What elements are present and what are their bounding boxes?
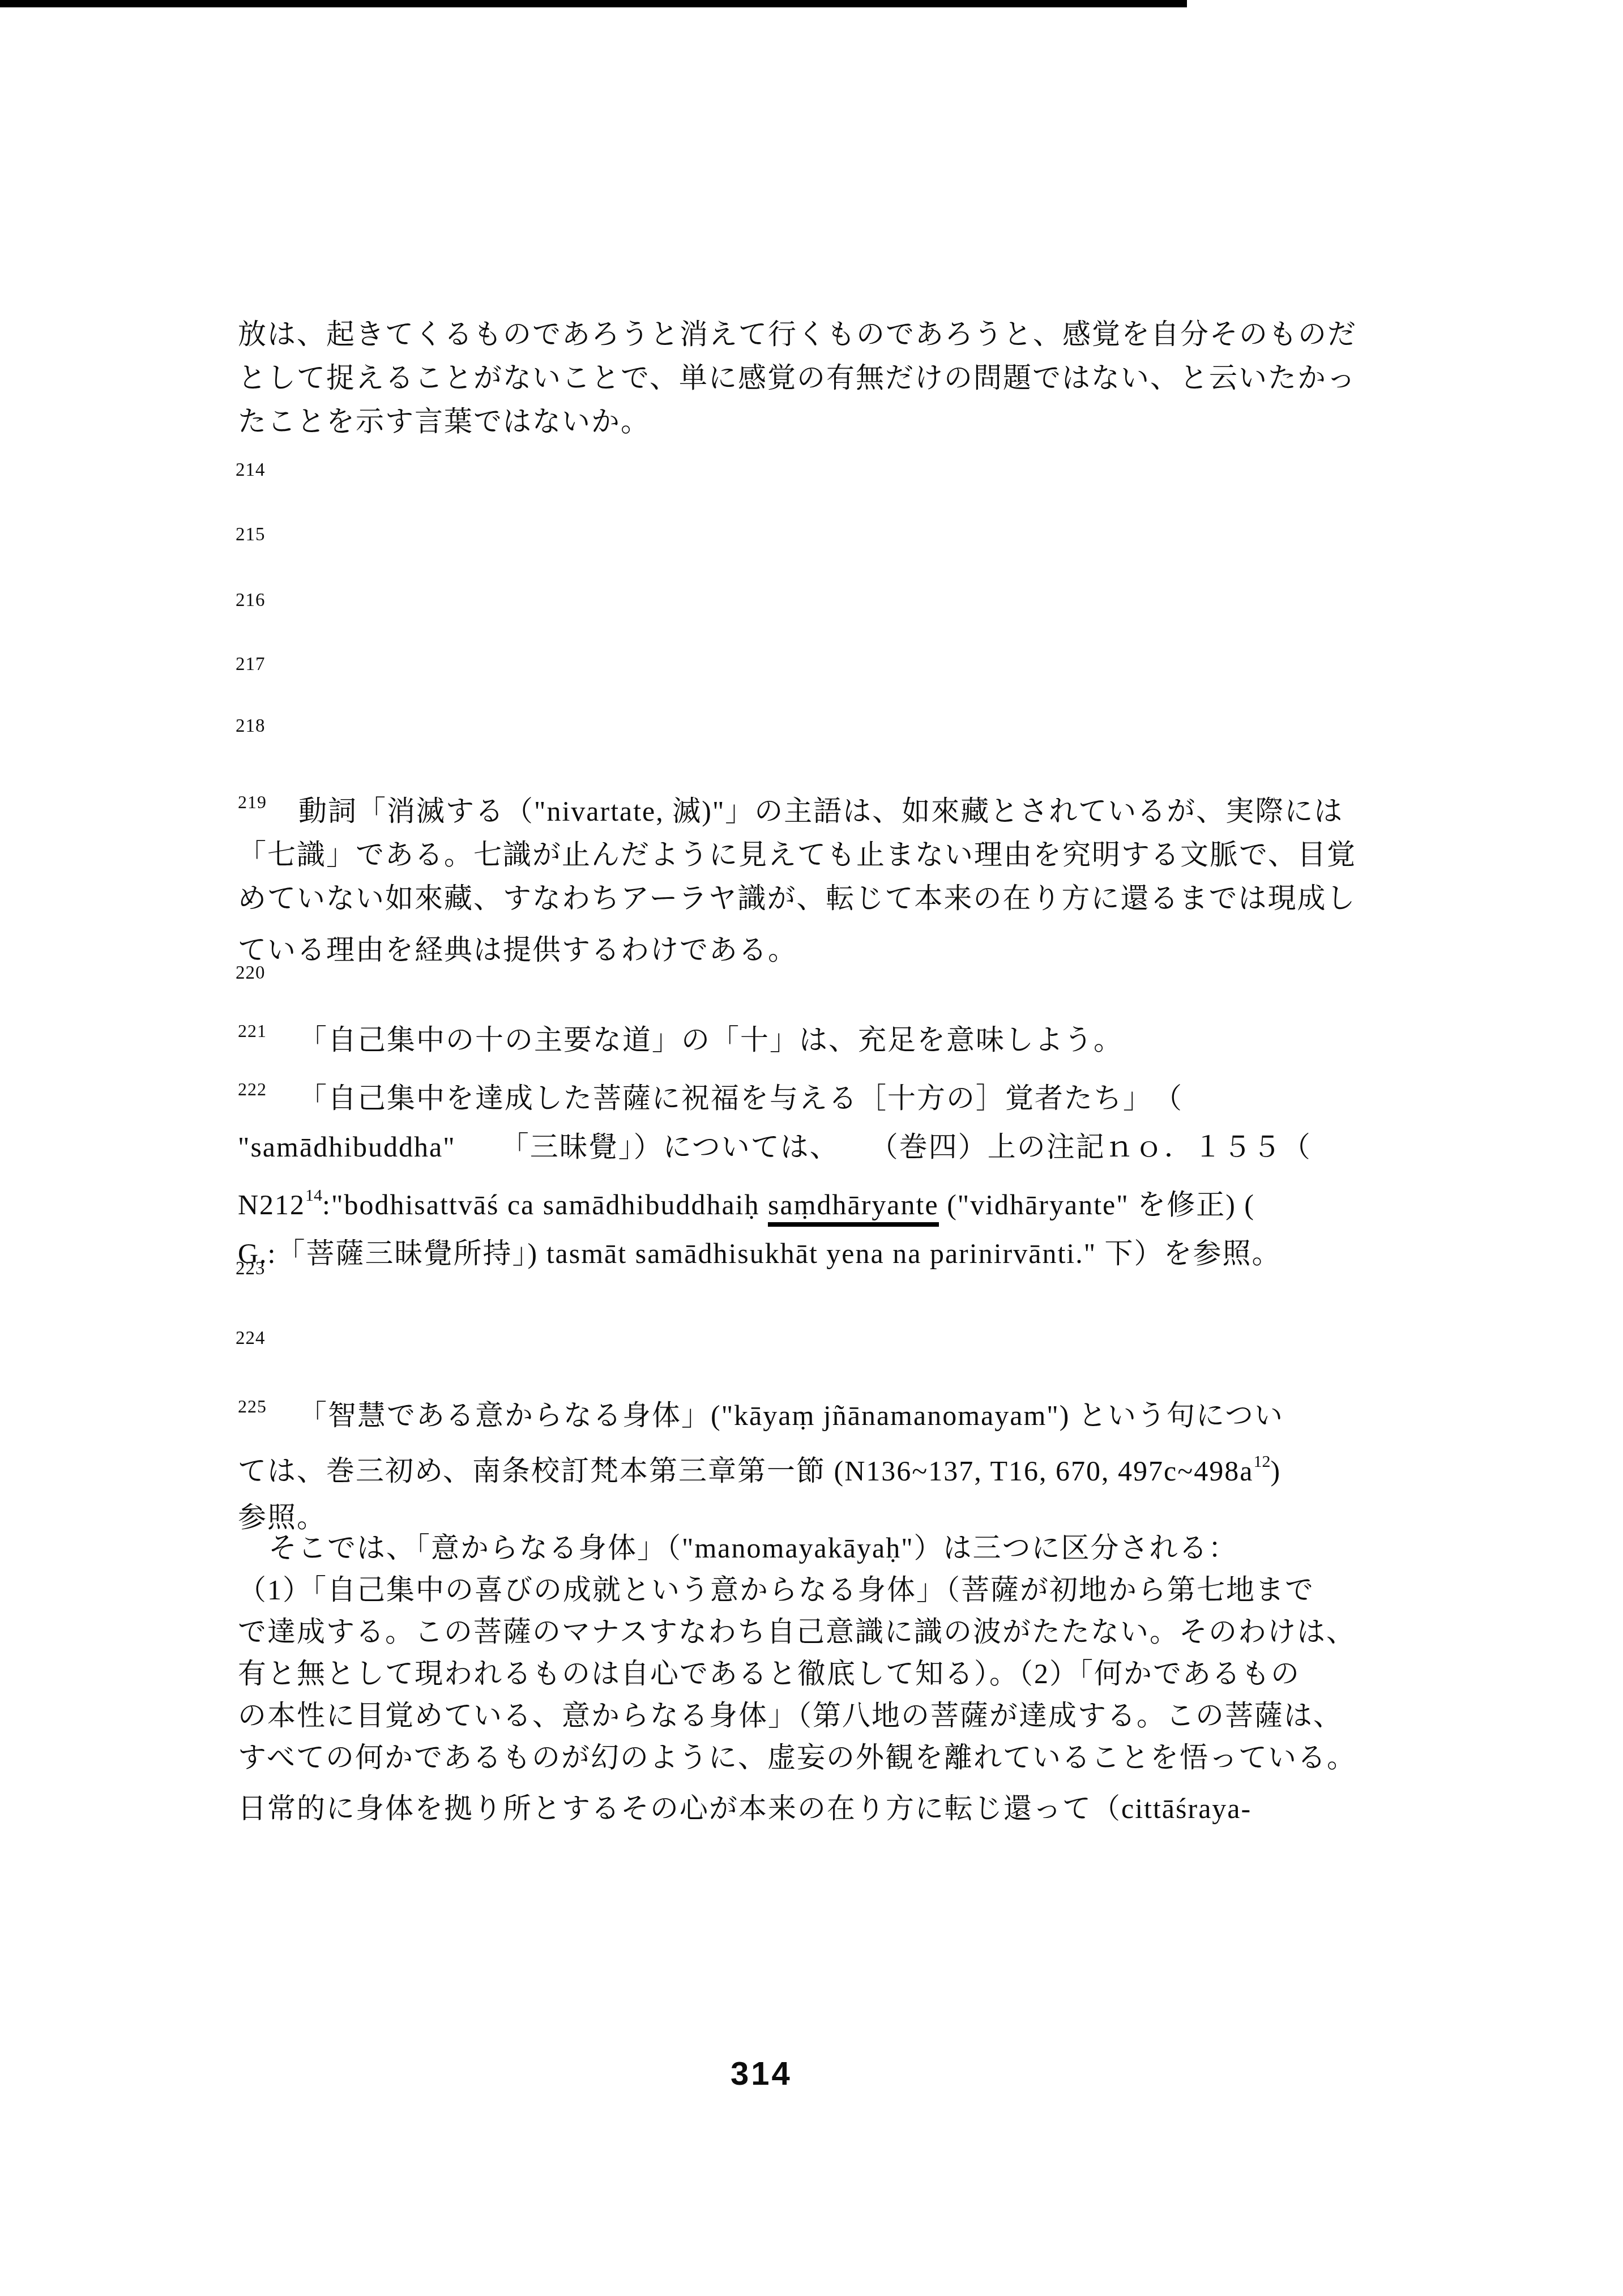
footnote-225-number: 225: [238, 1383, 267, 1429]
closing-paragraph: そこでは、「意からなる身体」（"manomayakāyaḥ"）は三つに区分される…: [238, 1527, 1438, 1829]
footnote-222-line: 222「自己集中を達成した菩薩に祝福を与える［十方の］覚者たち」 （: [238, 1065, 1438, 1123]
closing-paragraph-line: 日常的に身体を拠り所とするその心が本来の在り方に転じ還って（cittāśraya…: [238, 1787, 1438, 1829]
footnote-222-underlined-word: saṃdhāryante: [768, 1189, 939, 1227]
footnote-217-number: 217: [236, 654, 266, 675]
footnote-222: 222「自己集中を達成した菩薩に祝福を与える［十方の］覚者たち」 （ "samā…: [238, 1065, 1438, 1278]
scan-artifact-top-bar: [0, 0, 1187, 7]
footnote-219-text: 動詞「消滅する（"nivartate, 滅)"」の主語は、如來藏とされているが、…: [298, 795, 1343, 827]
footnote-215-number: 215: [236, 524, 266, 545]
footnote-219-line: 219動詞「消滅する（"nivartate, 滅)"」の主語は、如來藏とされてい…: [238, 780, 1438, 833]
footnote-222-line: "samādhibuddha" 「三昧覺」）については、 （巻四）上の注記ｎｏ．…: [238, 1123, 1438, 1171]
footnote-225-text: 「智慧である意からなる身体」("kāyaṃ jñānamanomayam") と…: [298, 1399, 1284, 1431]
footnote-218-number: 218: [236, 716, 266, 737]
footnote-219: 219動詞「消滅する（"nivartate, 滅)"」の主語は、如來藏とされてい…: [238, 780, 1438, 972]
footnote-225-reference: ては、巻三初め、南条校訂梵本第三章第一節 (N136~137, T16, 670…: [238, 1455, 1253, 1487]
footnote-214-number: 214: [236, 460, 266, 481]
intro-paragraph-line: として捉えることがないことで、単に感覚の有無だけの問題ではない、と云いたかっ: [238, 356, 1438, 400]
footnote-222-correction: ("vidhāryante" を修正) (: [939, 1189, 1255, 1220]
footnote-221-number: 221: [238, 1009, 267, 1053]
footnote-220-number: 220: [236, 963, 266, 984]
closing-paragraph-line: （1）「自己集中の喜びの成就という意からなる身体」（菩薩が初地から第七地まで: [238, 1569, 1438, 1611]
footnote-221: 221「自己集中の十の主要な道」の「十」は、充足を意味しよう。: [238, 1009, 1438, 1062]
closing-paragraph-line: そこでは、「意からなる身体」（"manomayakāyaḥ"）は三つに区分される…: [238, 1527, 1438, 1569]
closing-paragraph-line: で達成する。この菩薩のマナスすなわち自己意識に識の波がたたない。そのわけは、: [238, 1611, 1438, 1653]
footnote-222-citation: N212: [238, 1189, 305, 1220]
intro-paragraph-line: たことを示す言葉ではないか。: [238, 400, 1438, 443]
footnote-225-line: 225「智慧である意からなる身体」("kāyaṃ jñānamanomayam"…: [238, 1383, 1438, 1439]
closing-paragraph-line: すべての何かであるものが幻のように、虚妄の外観を離れていることを悟っている。: [238, 1736, 1438, 1778]
footnote-225-reference-close: ): [1270, 1455, 1281, 1487]
footnote-216-number: 216: [236, 590, 266, 611]
footnote-219-line: ている理由を経典は提供するわけである。: [238, 928, 1438, 972]
footnote-221-line: 221「自己集中の十の主要な道」の「十」は、充足を意味しよう。: [238, 1009, 1438, 1062]
footnote-223-number: 223: [236, 1258, 266, 1279]
footnote-222-superscript-14: 14: [305, 1186, 322, 1205]
page-number: 314: [731, 2055, 792, 2093]
footnote-225: 225「智慧である意からなる身体」("kāyaṃ jñānamanomayam"…: [238, 1383, 1438, 1540]
intro-paragraph: 放は、起きてくるものであろうと消えて行くものであろうと、感覚を自分そのものだ と…: [238, 313, 1438, 443]
footnote-222-sanskrit: :"bodhisattvāś ca samādhibuddhaiḥ: [322, 1189, 768, 1220]
closing-paragraph-line: 有と無として現われるものは自心であると徹底して知る）。（2）「何かであるもの: [238, 1653, 1438, 1695]
footnote-225-superscript-12: 12: [1253, 1452, 1270, 1471]
footnote-225-line: ては、巻三初め、南条校訂梵本第三章第一節 (N136~137, T16, 670…: [238, 1439, 1438, 1494]
closing-paragraph-line: の本性に目覚めている、意からなる身体」（第八地の菩薩が達成する。この菩薩は、: [238, 1695, 1438, 1736]
footnote-222-line: N21214:"bodhisattvāś ca samādhibuddhaiḥ …: [238, 1171, 1438, 1229]
footnote-219-line: 「七識」である。七識が止んだように見えても止まない理由を究明する文脈で、目覚: [238, 833, 1438, 877]
footnote-219-line: めていない如來藏、すなわちアーラヤ識が、転じて本来の在り方に還るまでは現成し: [238, 877, 1438, 920]
footnote-224-number: 224: [236, 1328, 266, 1349]
intro-paragraph-line: 放は、起きてくるものであろうと消えて行くものであろうと、感覚を自分そのものだ: [238, 313, 1438, 356]
footnote-222-number: 222: [238, 1065, 267, 1113]
scanned-document-page: 放は、起きてくるものであろうと消えて行くものであろうと、感覚を自分そのものだ と…: [0, 0, 1623, 2296]
footnote-222-text: 「自己集中を達成した菩薩に祝福を与える［十方の］覚者たち」 （: [298, 1082, 1183, 1114]
footnote-221-text: 「自己集中の十の主要な道」の「十」は、充足を意味しよう。: [298, 1024, 1123, 1056]
footnote-219-number: 219: [238, 780, 267, 824]
footnote-222-line: G.:「菩薩三昧覺所持」) tasmāt samādhisukhāt yena …: [238, 1229, 1438, 1278]
